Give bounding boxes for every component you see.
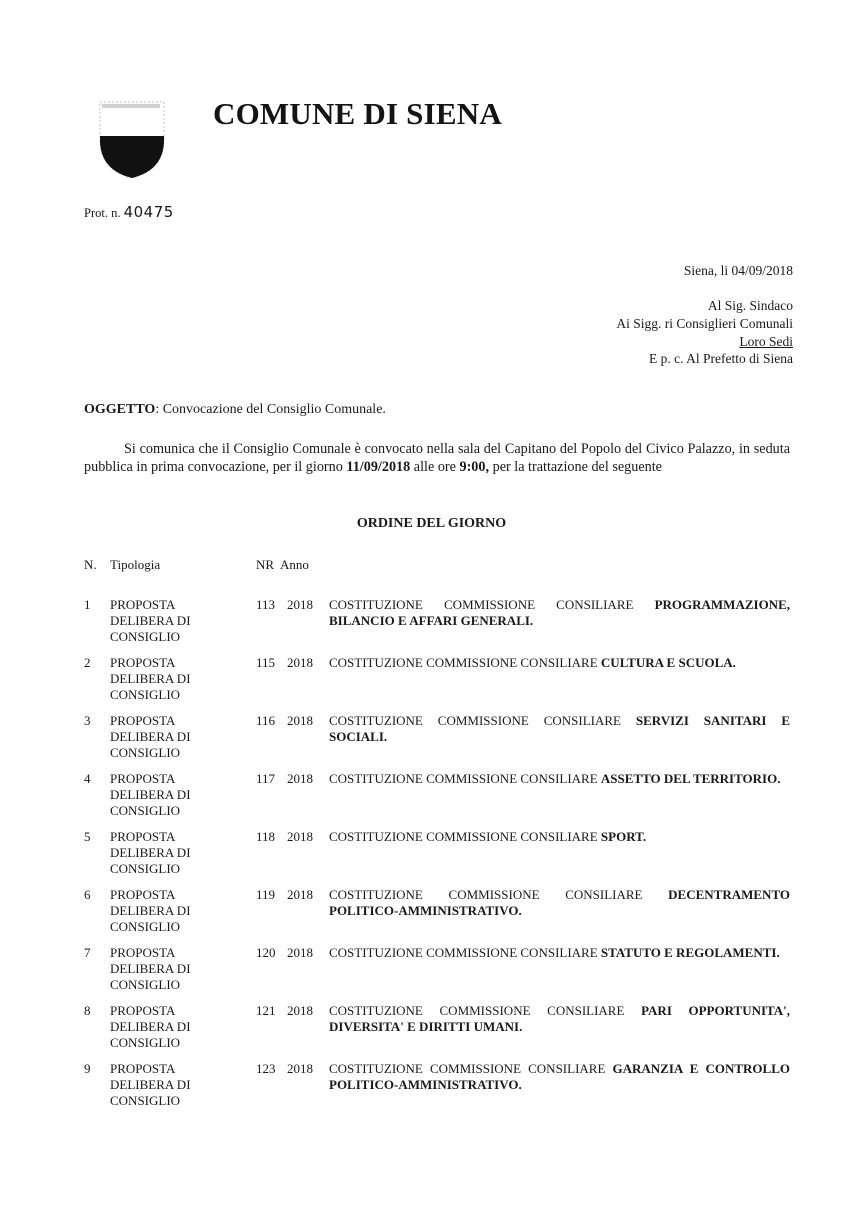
item-prefix: COSTITUZIONE COMMISSIONE CONSILIARE [329, 829, 601, 844]
item-prefix: COSTITUZIONE COMMISSIONE CONSILIARE [329, 1003, 641, 1018]
item-number: 3 [84, 713, 100, 729]
item-description: COSTITUZIONE COMMISSIONE CONSILIARE STAT… [329, 945, 790, 961]
meeting-date: 11/09/2018 [346, 459, 410, 475]
item-nr: 113 [256, 597, 275, 613]
agenda-header: N. Tipologia NR Anno [84, 557, 794, 575]
item-type: PROPOSTA DELIBERA DI CONSIGLIO [110, 713, 220, 761]
item-type: PROPOSTA DELIBERA DI CONSIGLIO [110, 945, 220, 993]
item-nr: 118 [256, 829, 275, 845]
agenda-item: 2PROPOSTA DELIBERA DI CONSIGLIO1152018CO… [84, 655, 794, 713]
cc-line: E p. c. Al Prefetto di Siena [649, 350, 793, 368]
item-number: 7 [84, 945, 100, 961]
agenda-item: 8PROPOSTA DELIBERA DI CONSIGLIO1212018CO… [84, 1003, 794, 1061]
item-description: COSTITUZIONE COMMISSIONE CONSILIARE SPOR… [329, 829, 790, 845]
recipients: Al Sig. Sindaco Ai Sigg. ri Consiglieri … [616, 297, 793, 351]
agenda-item: 4PROPOSTA DELIBERA DI CONSIGLIO1172018CO… [84, 771, 794, 829]
item-prefix: COSTITUZIONE COMMISSIONE CONSILIARE [329, 1061, 613, 1076]
item-number: 5 [84, 829, 100, 845]
item-subject: ASSETTO DEL TERRITORIO. [601, 771, 781, 786]
item-subject: SPORT. [601, 829, 646, 844]
agenda-item: 7PROPOSTA DELIBERA DI CONSIGLIO1202018CO… [84, 945, 794, 1003]
meeting-time: 9:00, [459, 459, 489, 475]
item-description: COSTITUZIONE COMMISSIONE CONSILIARE PROG… [329, 597, 790, 629]
item-description: COSTITUZIONE COMMISSIONE CONSILIARE DECE… [329, 887, 790, 919]
item-subject: CULTURA E SCUOLA. [601, 655, 736, 670]
item-prefix: COSTITUZIONE COMMISSIONE CONSILIARE [329, 887, 668, 902]
item-description: COSTITUZIONE COMMISSIONE CONSILIARE PARI… [329, 1003, 790, 1035]
item-prefix: COSTITUZIONE COMMISSIONE CONSILIARE [329, 655, 601, 670]
item-type: PROPOSTA DELIBERA DI CONSIGLIO [110, 771, 220, 819]
subject-label: OGGETTO [84, 402, 155, 417]
protocol-value: 40475 [124, 203, 174, 221]
body-paragraph: Si comunica che il Consiglio Comunale è … [84, 440, 790, 476]
item-type: PROPOSTA DELIBERA DI CONSIGLIO [110, 597, 220, 645]
item-type: PROPOSTA DELIBERA DI CONSIGLIO [110, 1061, 220, 1109]
item-year: 2018 [287, 771, 313, 787]
item-description: COSTITUZIONE COMMISSIONE CONSILIARE GARA… [329, 1061, 790, 1093]
item-description: COSTITUZIONE COMMISSIONE CONSILIARE CULT… [329, 655, 790, 671]
item-nr: 115 [256, 655, 275, 671]
col-nr: NR [256, 557, 274, 573]
protocol-label: Prot. n. [84, 206, 120, 220]
item-year: 2018 [287, 713, 313, 729]
agenda-item: 3PROPOSTA DELIBERA DI CONSIGLIO1162018CO… [84, 713, 794, 771]
item-year: 2018 [287, 829, 313, 845]
agenda-item: 6PROPOSTA DELIBERA DI CONSIGLIO1192018CO… [84, 887, 794, 945]
item-number: 8 [84, 1003, 100, 1019]
subject-line: OGGETTO: Convocazione del Consiglio Comu… [84, 402, 386, 418]
item-year: 2018 [287, 597, 313, 613]
item-year: 2018 [287, 945, 313, 961]
item-description: COSTITUZIONE COMMISSIONE CONSILIARE SERV… [329, 713, 790, 745]
item-type: PROPOSTA DELIBERA DI CONSIGLIO [110, 887, 220, 935]
recipient-seats: Loro Sedi [616, 333, 793, 351]
item-year: 2018 [287, 1061, 313, 1077]
agenda-item: 9PROPOSTA DELIBERA DI CONSIGLIO1232018CO… [84, 1061, 794, 1119]
item-nr: 116 [256, 713, 275, 729]
item-number: 6 [84, 887, 100, 903]
item-prefix: COSTITUZIONE COMMISSIONE CONSILIARE [329, 597, 655, 612]
item-description: COSTITUZIONE COMMISSIONE CONSILIARE ASSE… [329, 771, 790, 787]
item-type: PROPOSTA DELIBERA DI CONSIGLIO [110, 1003, 220, 1051]
item-nr: 120 [256, 945, 276, 961]
item-type: PROPOSTA DELIBERA DI CONSIGLIO [110, 655, 220, 703]
item-year: 2018 [287, 1003, 313, 1019]
agenda-title: ORDINE DEL GIORNO [0, 516, 863, 532]
item-number: 2 [84, 655, 100, 671]
item-subject: STATUTO E REGOLAMENTI. [601, 945, 780, 960]
item-nr: 119 [256, 887, 275, 903]
page-title: COMUNE DI SIENA [213, 96, 502, 132]
item-nr: 123 [256, 1061, 276, 1077]
item-type: PROPOSTA DELIBERA DI CONSIGLIO [110, 829, 220, 877]
recipient-councillors: Ai Sigg. ri Consiglieri Comunali [616, 315, 793, 333]
recipient-mayor: Al Sig. Sindaco [616, 297, 793, 315]
subject-text: : Convocazione del Consiglio Comunale. [155, 402, 386, 417]
item-number: 1 [84, 597, 100, 613]
protocol-number: Prot. n. 40475 [84, 203, 174, 221]
item-year: 2018 [287, 887, 313, 903]
item-prefix: COSTITUZIONE COMMISSIONE CONSILIARE [329, 713, 636, 728]
siena-coat-of-arms-icon [96, 98, 168, 180]
item-prefix: COSTITUZIONE COMMISSIONE CONSILIARE [329, 771, 601, 786]
col-tipologia: Tipologia [110, 557, 160, 573]
item-prefix: COSTITUZIONE COMMISSIONE CONSILIARE [329, 945, 601, 960]
col-anno: Anno [280, 557, 309, 573]
body-text-3: per la trattazione del seguente [489, 459, 662, 475]
body-text-2: alle ore [410, 459, 459, 475]
item-year: 2018 [287, 655, 313, 671]
item-number: 9 [84, 1061, 100, 1077]
item-nr: 121 [256, 1003, 276, 1019]
item-number: 4 [84, 771, 100, 787]
agenda-item: 1PROPOSTA DELIBERA DI CONSIGLIO1132018CO… [84, 597, 794, 655]
agenda-list: 1PROPOSTA DELIBERA DI CONSIGLIO1132018CO… [84, 597, 794, 1119]
agenda-item: 5PROPOSTA DELIBERA DI CONSIGLIO1182018CO… [84, 829, 794, 887]
item-nr: 117 [256, 771, 275, 787]
date-line: Siena, li 04/09/2018 [684, 262, 793, 280]
col-n: N. [84, 557, 97, 573]
